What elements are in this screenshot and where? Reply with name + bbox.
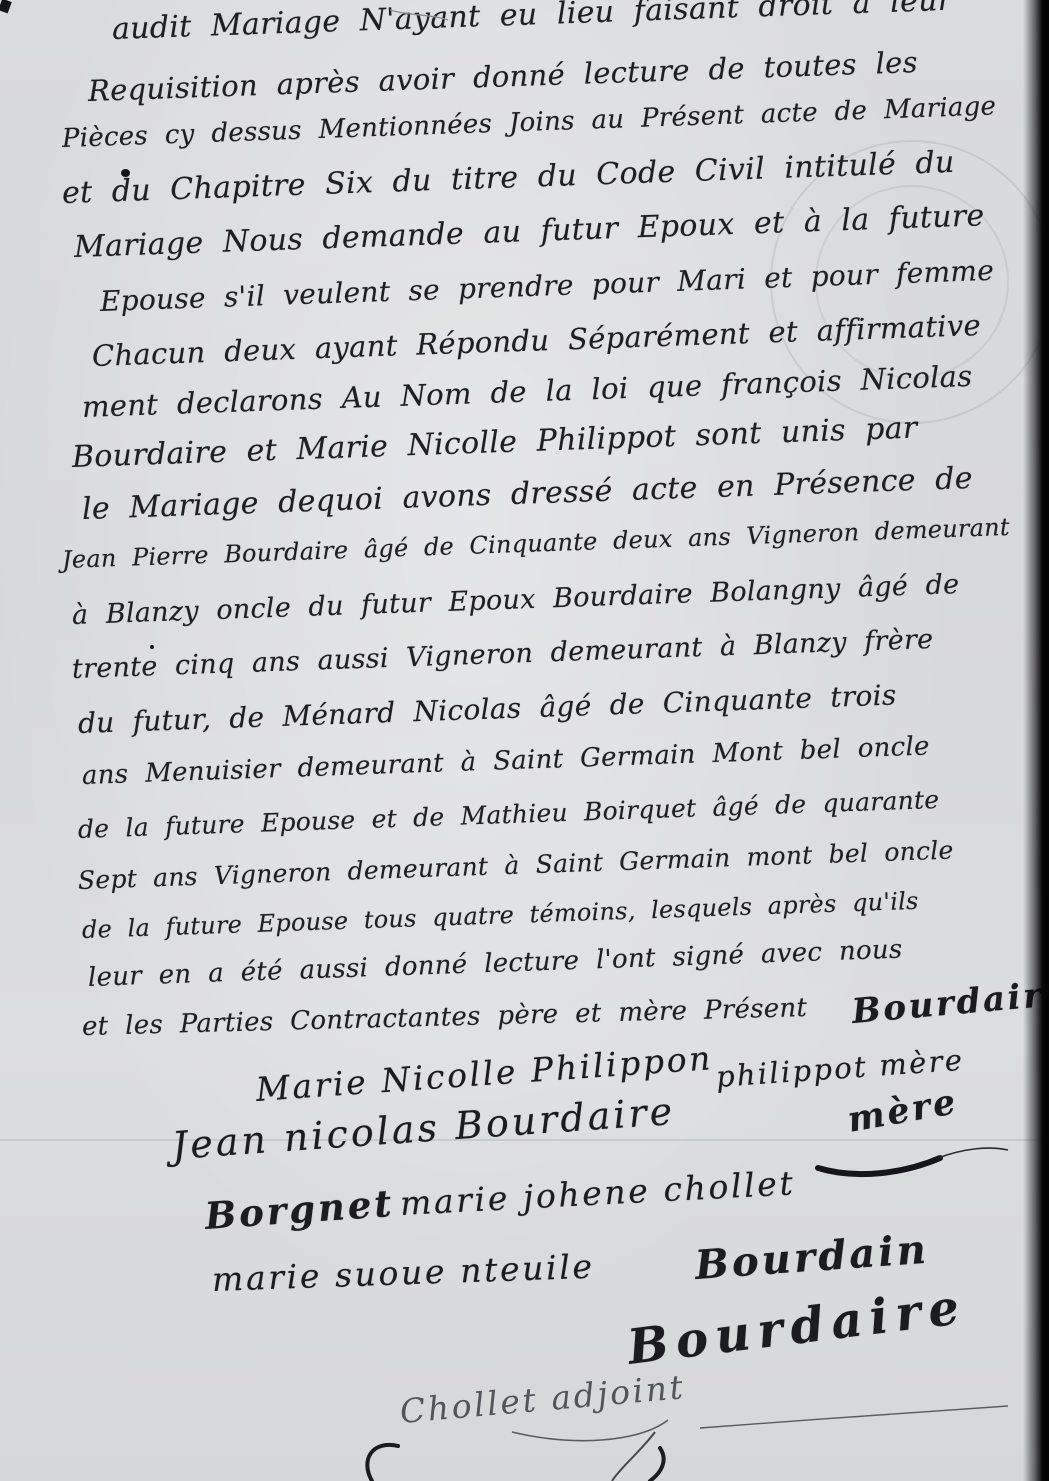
signature: Bourdain	[693, 1226, 930, 1289]
signature: marie johene chollet	[399, 1163, 796, 1223]
manuscript-line: Sept ans Vigneron demeurant à Saint Germ…	[77, 835, 953, 895]
manuscript-line: à Blanzy oncle du futur Epoux Bourdaire …	[71, 569, 959, 631]
signature: Borgnet	[203, 1181, 395, 1238]
manuscript-line: leur en a été aussi donné lecture l'ont …	[87, 935, 902, 993]
manuscript-line: le Mariage dequoi avons dressé acte en P…	[81, 461, 973, 527]
signature: marie suoue nteuile	[211, 1247, 595, 1299]
ink-speck	[150, 645, 154, 649]
signature: Chollet adjoint	[398, 1367, 687, 1431]
signature: Jean nicolas Bourdaire	[170, 1089, 676, 1168]
manuscript-line: de la future Epouse tous quatre témoins,…	[82, 887, 920, 944]
manuscript-line: Bourdaire et Marie Nicolle Philippot son…	[71, 410, 918, 475]
manuscript-line: ans Menuisier demeurant à Saint Germain …	[81, 731, 930, 791]
manuscript-page: audit Mariage N'ayant eu lieu faisant dr…	[0, 0, 1049, 1481]
manuscript-line: trente cinq ans aussi Vigneron demeurant…	[71, 624, 933, 685]
manuscript-line: de la future Epouse et de Mathieu Boirqu…	[77, 785, 939, 844]
signature: Bourdaire	[850, 973, 1049, 1032]
manuscript-line: et les Parties Contractantes père et mèr…	[82, 993, 808, 1042]
manuscript-line: audit Mariage N'ayant eu lieu faisant dr…	[111, 0, 953, 47]
binding-edge-shadow	[1023, 0, 1049, 1481]
ink-speck	[0, 0, 12, 13]
signature: mère	[844, 1081, 961, 1141]
manuscript-line: du futur, de Ménard Nicolas âgé de Cinqu…	[77, 678, 897, 740]
signature: Bourdaire	[625, 1279, 970, 1376]
